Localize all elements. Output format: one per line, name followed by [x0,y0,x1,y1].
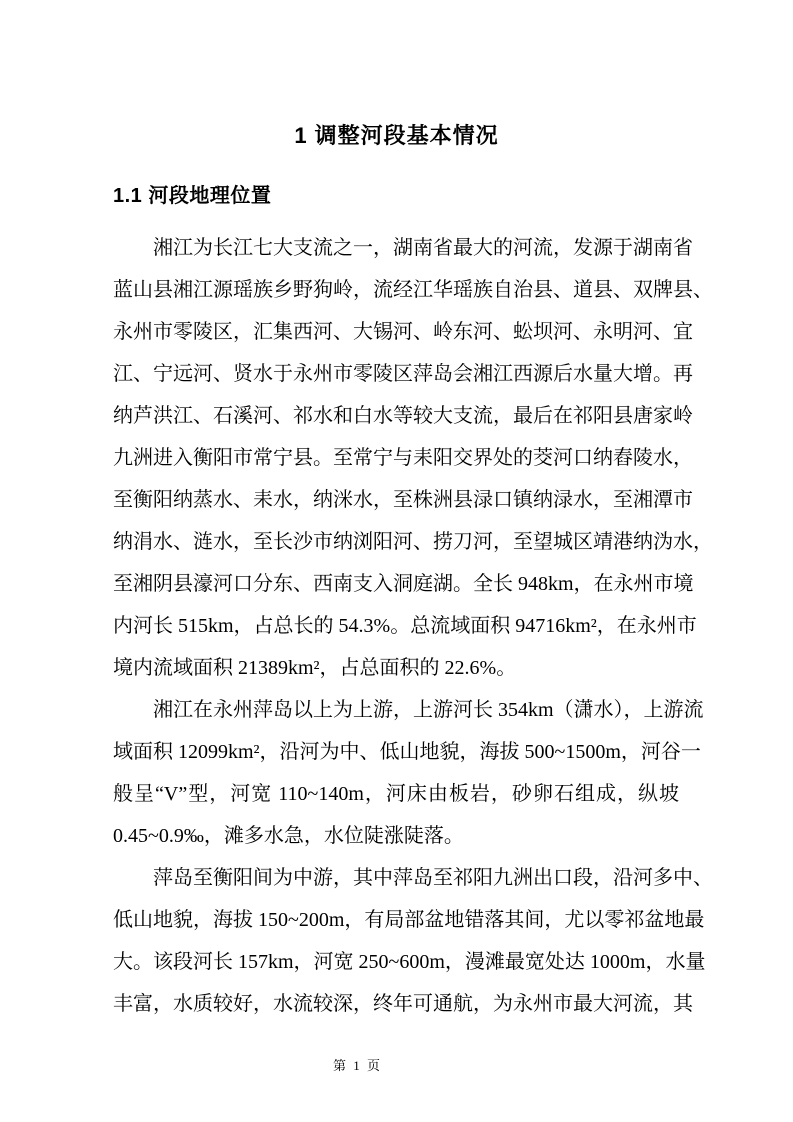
text-line: 内河长 515km，占总长的 54.3%。总流域面积 94716km²，在永州市 [113,605,679,647]
text-line: 永州市零陵区，汇集西河、大锡河、岭东河、蚣坝河、永明河、宜 [113,311,679,353]
paragraph-1: 湘江为长江七大支流之一，湖南省最大的河流，发源于湖南省 蓝山县湘江源瑶族乡野狗岭… [113,227,679,689]
text-line: 湘江为长江七大支流之一，湖南省最大的河流，发源于湖南省 [113,227,679,269]
text-line: 江、宁远河、贤水于永州市零陵区萍岛会湘江西源后水量大增。再 [113,353,679,395]
page-number: 第 1 页 [333,1055,382,1074]
document-page: 1 调整河段基本情况 1.1 河段地理位置 湘江为长江七大支流之一，湖南省最大的… [0,0,793,1122]
text-line: 域面积 12099km²，沿河为中、低山地貌，海拔 500~1500m，河谷一 [113,731,679,773]
text-line: 低山地貌，海拔 150~200m，有局部盆地错落其间，尤以零祁盆地最 [113,899,679,941]
paragraph-2: 湘江在永州萍岛以上为上游，上游河长 354km（潇水），上游流 域面积 1209… [113,689,679,857]
text-line: 湘江在永州萍岛以上为上游，上游河长 354km（潇水），上游流 [113,689,679,731]
document-body: 湘江为长江七大支流之一，湖南省最大的河流，发源于湖南省 蓝山县湘江源瑶族乡野狗岭… [0,227,793,1025]
text-line: 九洲进入衡阳市常宁县。至常宁与耒阳交界处的茭河口纳舂陵水， [113,437,679,479]
section-heading: 1.1 河段地理位置 [0,181,793,211]
text-line: 至湘阴县濠河口分东、西南支入洞庭湖。全长 948km，在永州市境 [113,563,679,605]
text-line: 蓝山县湘江源瑶族乡野狗岭，流经江华瑶族自治县、道县、双牌县、 [113,269,679,311]
text-line: 般呈“V”型，河宽 110~140m，河床由板岩，砂卵石组成，纵坡 [113,773,679,815]
chapter-title: 1 调整河段基本情况 [0,0,793,152]
text-line: 大。该段河长 157km，河宽 250~600m，漫滩最宽处达 1000m，水量 [113,941,679,983]
text-line: 纳芦洪江、石溪河、祁水和白水等较大支流，最后在祁阳县唐家岭 [113,395,679,437]
text-line: 至衡阳纳蒸水、耒水，纳洣水，至株洲县渌口镇纳渌水，至湘潭市 [113,479,679,521]
text-line: 0.45~0.9‰，滩多水急，水位陡涨陡落。 [113,815,679,857]
text-line: 境内流域面积 21389km²，占总面积的 22.6%。 [113,647,679,689]
paragraph-3: 萍岛至衡阳间为中游，其中萍岛至祁阳九洲出口段，沿河多中、 低山地貌，海拔 150… [113,857,679,1025]
text-line: 丰富，水质较好，水流较深，终年可通航，为永州市最大河流，其 [113,983,679,1025]
text-line: 纳涓水、涟水，至长沙市纳浏阳河、捞刀河，至望城区靖港纳沩水， [113,521,679,563]
text-line: 萍岛至衡阳间为中游，其中萍岛至祁阳九洲出口段，沿河多中、 [113,857,679,899]
